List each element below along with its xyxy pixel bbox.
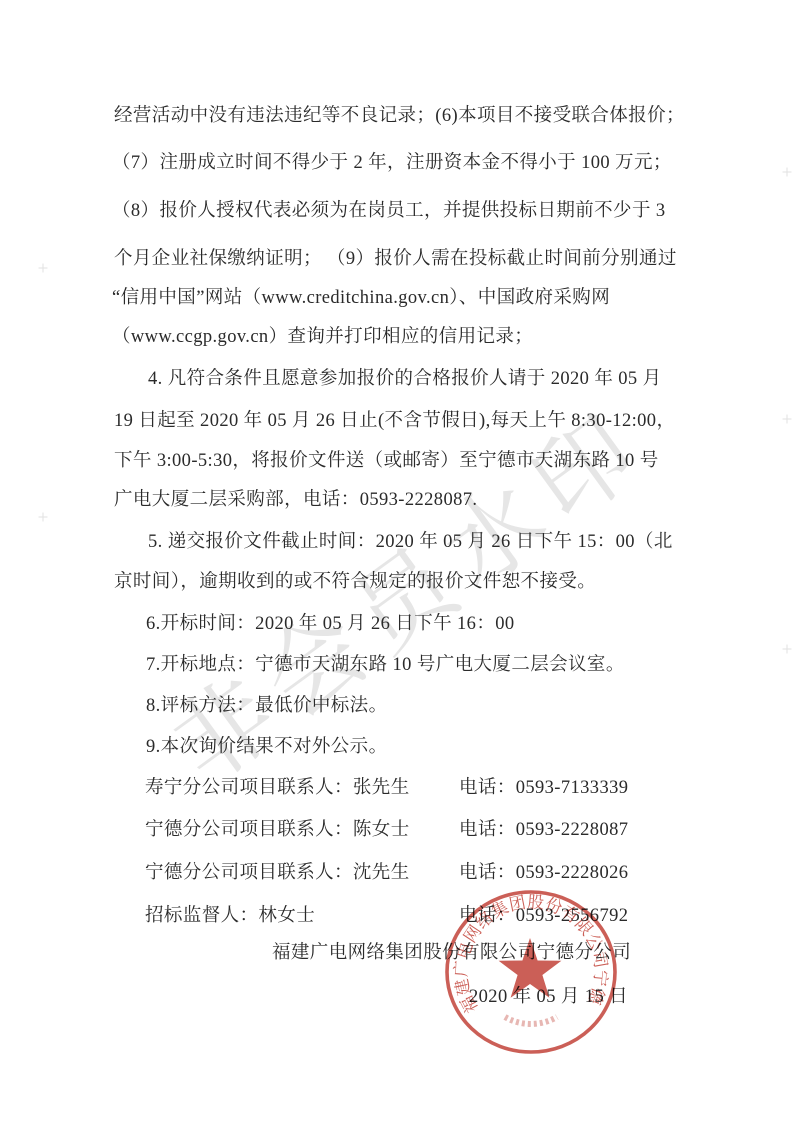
contact-label: 宁德分公司项目联系人：陈女士: [145, 817, 410, 843]
scan-artifact-cross: [39, 264, 48, 273]
contact-label: 宁德分公司项目联系人：沈先生: [145, 860, 410, 886]
scan-artifact-cross: [783, 645, 792, 654]
body-line: 广电大厦二层采购部，电话：0593-2228087.: [114, 487, 477, 513]
contact-row: 招标监督人：林女士 电话：0593-2556792: [0, 903, 793, 929]
body-line: 7.开标地点：宁德市天湖东路 10 号广电大厦二层会议室。: [146, 652, 625, 678]
body-line: 下午 3:00-5:30，将报价文件送（或邮寄）至宁德市天湖东路 10 号: [114, 448, 659, 474]
document-page: 非会员水印 经营活动中没有违法违纪等不良记录；(6)本项目不接受联合体报价； （…: [0, 0, 793, 1121]
body-line: 4. 凡符合条件且愿意参加报价的合格报价人请于 2020 年 05 月: [148, 366, 662, 392]
body-line: （8）报价人授权代表必须为在岗员工，并提供投标日期前不少于 3: [112, 198, 666, 224]
body-line: 8.评标方法：最低价中标法。: [146, 693, 387, 719]
contact-phone: 电话：0593-7133339: [459, 775, 628, 801]
body-line: 个月企业社保缴纳证明； （9）报价人需在投标截止时间前分别通过: [114, 246, 677, 272]
seal-star-icon: [499, 938, 562, 998]
contact-row: 宁德分公司项目联系人：沈先生 电话：0593-2228026: [0, 860, 793, 886]
body-line: 19 日起至 2020 年 05 月 26 日止(不含节假日),每天上午 8:3…: [114, 408, 675, 434]
scan-artifact-cross: [783, 415, 792, 424]
contact-row: 宁德分公司项目联系人：陈女士 电话：0593-2228087: [0, 817, 793, 843]
contact-label: 寿宁分公司项目联系人：张先生: [145, 775, 410, 801]
official-seal: 福建广电网络集团股份有限公司宁德分公司: [443, 889, 621, 1059]
contact-row: 寿宁分公司项目联系人：张先生 电话：0593-7133339: [0, 775, 793, 801]
body-line: 经营活动中没有违法违纪等不良记录；(6)本项目不接受联合体报价；: [114, 103, 685, 129]
seal-bottom-code: [505, 1017, 557, 1024]
scan-artifact-cross: [39, 513, 48, 522]
contact-label: 招标监督人：林女士: [145, 903, 315, 929]
body-line: （www.ccgp.gov.cn）查询并打印相应的信用记录；: [112, 324, 533, 350]
body-line: （7）注册成立时间不得少于 2 年，注册资本金不得小于 100 万元；: [112, 150, 672, 176]
body-line: 京时间），逾期收到的或不符合规定的报价文件恕不接受。: [114, 569, 596, 595]
body-line: 6.开标时间：2020 年 05 月 26 日下午 16：00: [146, 611, 515, 637]
body-line: “信用中国”网站（www.creditchina.gov.cn）、中国政府采购网: [112, 285, 610, 311]
contact-phone: 电话：0593-2228026: [459, 860, 628, 886]
contact-phone: 电话：0593-2228087: [459, 817, 628, 843]
scan-artifact-cross: [783, 168, 792, 177]
body-line: 9.本次询价结果不对外公示。: [146, 734, 387, 760]
body-line: 5. 递交报价文件截止时间：2020 年 05 月 26 日下午 15：00（北: [148, 529, 673, 555]
